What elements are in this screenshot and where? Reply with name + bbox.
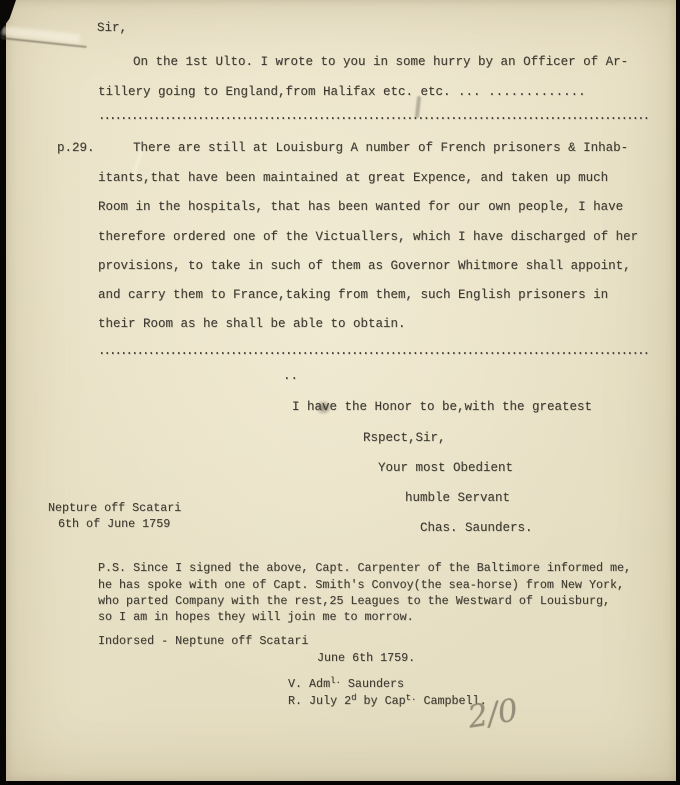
superscript: d	[351, 693, 356, 703]
closing-line: Rspect,Sir,	[363, 431, 446, 445]
admiral-name: Saunders	[341, 677, 404, 691]
signature: Chas. Saunders.	[420, 521, 533, 535]
dotted-separator: ........................................…	[98, 344, 650, 358]
small-dots-mark: ..	[283, 369, 298, 383]
paragraph2-line: their Room as he shall be able to obtain…	[98, 317, 406, 331]
pencil-shelfmark: 2/0	[465, 692, 520, 735]
postscript-line: he has spoke with one of Capt. Smith's C…	[98, 578, 624, 592]
indorsement-date: June 6th 1759.	[317, 651, 415, 665]
paragraph2-line: Room in the hospitals, that has been wan…	[98, 200, 623, 214]
dotted-separator: ........................................…	[98, 109, 650, 123]
place-of-writing: Nepture off Scatari	[48, 502, 181, 515]
superscript: l.	[330, 676, 341, 686]
admiral-text: V. Adm	[288, 677, 330, 691]
paragraph1-line: On the 1st Ulto. I wrote to you in some …	[133, 55, 628, 69]
paragraph2-line: therefore ordered one of the Victuallers…	[98, 230, 638, 244]
paragraph2-line: and carry them to France,taking from the…	[98, 288, 608, 302]
scanned-letter-page: Sir, On the 1st Ulto. I wrote to you in …	[0, 0, 680, 785]
closing-line: humble Servant	[405, 491, 510, 505]
date-of-writing: 6th of June 1759	[58, 518, 170, 531]
received-attribution-line: R. July 2d by Capt. Campbell.	[288, 694, 487, 708]
closing-line: I have the Honor to be,with the greatest	[292, 400, 592, 414]
closing-line: Your most Obedient	[378, 461, 513, 475]
paragraph2-line: itants,that have been maintained at grea…	[98, 171, 608, 185]
received-mid: by Cap	[357, 694, 406, 708]
salutation: Sir,	[97, 21, 127, 35]
received-text: R. July 2	[288, 694, 351, 708]
postscript-line: who parted Company with the rest,25 Leag…	[98, 594, 610, 608]
postscript-line: so I am in hopes they will join me to mo…	[98, 610, 414, 624]
superscript: t.	[406, 693, 417, 703]
paragraph1-line: tillery going to England,from Halifax et…	[98, 85, 586, 99]
paragraph2-line: provisions, to take in such of them as G…	[98, 259, 631, 273]
margin-page-note: p.29.	[57, 141, 95, 155]
postscript-line: P.S. Since I signed the above, Capt. Car…	[98, 561, 631, 575]
indorsement-line: Indorsed - Neptune off Scatari	[98, 634, 308, 648]
paragraph2-line: There are still at Louisburg A number of…	[133, 141, 628, 155]
admiral-attribution-line: V. Adml. Saunders	[288, 677, 404, 691]
